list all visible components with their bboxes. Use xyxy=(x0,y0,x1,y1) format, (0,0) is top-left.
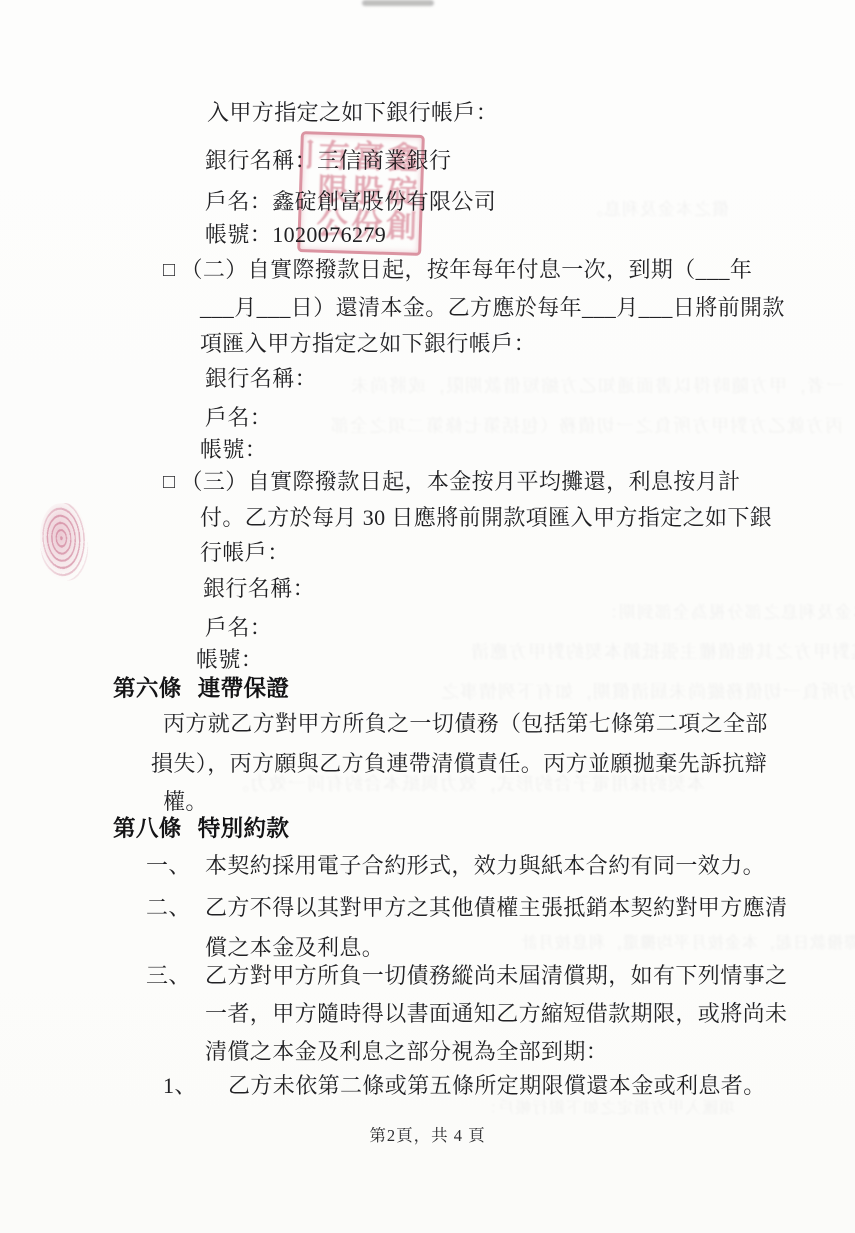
fingerprint-mark xyxy=(37,501,90,582)
option-three-bank-label: 銀行名稱： xyxy=(203,575,315,603)
bleedthrough-text: 乙方不得以其對甲方之其他債權主張抵銷本契約對甲方應清 xyxy=(470,638,855,664)
item-two-number: 二、 xyxy=(146,894,205,922)
option-two-line-1: □（二）自實際撥款日起，按年每年付息一次，到期（___年 xyxy=(163,256,752,284)
bleedthrough-text: 清償之本金及利息之部分視為全部到期： xyxy=(600,598,855,623)
item-three-text-2: 一者，甲方隨時得以書面通知乙方縮短借款期限，或將尚未 xyxy=(205,1000,787,1028)
company-seal-text: 鑫碇創富股份有限公司 xyxy=(304,138,417,248)
option-two-line-2: ___月___日）還清本金。乙方應於每年___月___日將前開款 xyxy=(200,294,785,322)
article-six-body-3: 權。 xyxy=(163,788,208,816)
item-two-text-1: 乙方不得以其對甲方之其他債權主張抵銷本契約對甲方應清 xyxy=(205,895,787,920)
bleedthrough-text: 一者，甲方隨時得以書面通知乙方縮短借款期限，或將尚未 xyxy=(350,372,844,398)
checkbox-icon: □ xyxy=(163,470,175,495)
option-two-holder-label: 戶名： xyxy=(205,404,272,432)
article-eight-item-3: 三、乙方對甲方所負一切債務縱尚未屆清償期，如有下列情事之 xyxy=(146,962,787,990)
item-one-text: 本契約採用電子合約形式，效力與紙本合約有同一效力。 xyxy=(205,853,765,878)
article-six-body-1: 丙方就乙方對甲方所負之一切債務（包括第七條第二項之全部 xyxy=(163,710,768,738)
company-seal-stamp: 鑫碇創富股份有限公司 xyxy=(297,131,425,256)
option-two-line-3: 項匯入甲方指定之如下銀行帳戶： xyxy=(200,330,536,358)
page-footer: 第2頁，共 4 頁 xyxy=(0,1122,855,1146)
bleedthrough-text: 丙方就乙方對甲方所負之一切債務（包括第七條第二項之全部 xyxy=(330,412,843,438)
subitem-one-text: 乙方未依第二條或第五條所定期限償還本金或利息者。 xyxy=(228,1073,766,1098)
account-holder-label: 戶名： xyxy=(205,189,272,214)
article-eight-number: 第八條 xyxy=(113,816,182,841)
article-eight-heading: 第八條特別約款 xyxy=(113,815,289,843)
item-three-text-3: 清償之本金及利息之部分視為全部到期： xyxy=(205,1038,608,1066)
item-three-number: 三、 xyxy=(146,962,205,990)
item-two-text-2: 償之本金及利息。 xyxy=(205,934,384,962)
article-eight-item-1: 一、本契約採用電子合約形式，效力與紙本合約有同一效力。 xyxy=(146,852,765,880)
option-three-line-2: 付。乙方於每月 30 日應將前開款項匯入甲方指定之如下銀 xyxy=(200,504,772,532)
article-six-body-2: 損失），丙方願與乙方負連帶清償責任。丙方並願拋棄先訴抗辯 xyxy=(151,750,767,778)
scan-artifact-smudge xyxy=(362,0,434,6)
account-number-label: 帳號： xyxy=(205,222,272,247)
article-eight-item-2: 二、乙方不得以其對甲方之其他債權主張抵銷本契約對甲方應清 xyxy=(146,894,787,922)
article-six-title: 連帶保證 xyxy=(198,676,290,701)
bleedthrough-text: （三）自實際撥款日起，本金按月平均攤還，利息按月計 xyxy=(520,930,855,953)
bleedthrough-text: 乙方對甲方所負一切債務縱尚未屆清償期，如有下列情事之 xyxy=(440,678,855,704)
article-six-heading: 第六條連帶保證 xyxy=(113,675,289,703)
option-three-text-1: （三）自實際撥款日起，本金按月平均攤還，利息按月計 xyxy=(180,469,740,494)
item-three-text-1: 乙方對甲方所負一切債務縱尚未屆清償期，如有下列情事之 xyxy=(205,963,787,988)
option-three-holder-label: 戶名： xyxy=(205,614,272,642)
article-eight-subitem-1: 1、乙方未依第二條或第五條所定期限償還本金或利息者。 xyxy=(163,1072,766,1100)
checkbox-icon: □ xyxy=(163,258,175,283)
item-one-number: 一、 xyxy=(146,852,205,880)
article-eight-title: 特別約款 xyxy=(198,816,290,841)
subitem-one-number: 1、 xyxy=(163,1072,228,1100)
option-two-bank-label: 銀行名稱： xyxy=(205,365,317,393)
bleedthrough-text: 償之本金及利息。 xyxy=(585,195,729,220)
option-three-line-3: 行帳戶： xyxy=(200,539,290,567)
option-two-number-label: 帳號： xyxy=(200,436,267,464)
article-six-number: 第六條 xyxy=(113,676,182,701)
option-three-line-1: □（三）自實際撥款日起，本金按月平均攤還，利息按月計 xyxy=(163,468,741,496)
option-two-text-1: （二）自實際撥款日起，按年每年付息一次，到期（___年 xyxy=(180,257,752,282)
scanned-contract-page: 入甲方指定之如下銀行帳戶： 銀行名稱：三信商業銀行 戶名：鑫碇創富股份有限公司 … xyxy=(0,0,855,1233)
option-three-number-label: 帳號： xyxy=(196,646,263,674)
intro-line: 入甲方指定之如下銀行帳戶： xyxy=(207,99,498,127)
